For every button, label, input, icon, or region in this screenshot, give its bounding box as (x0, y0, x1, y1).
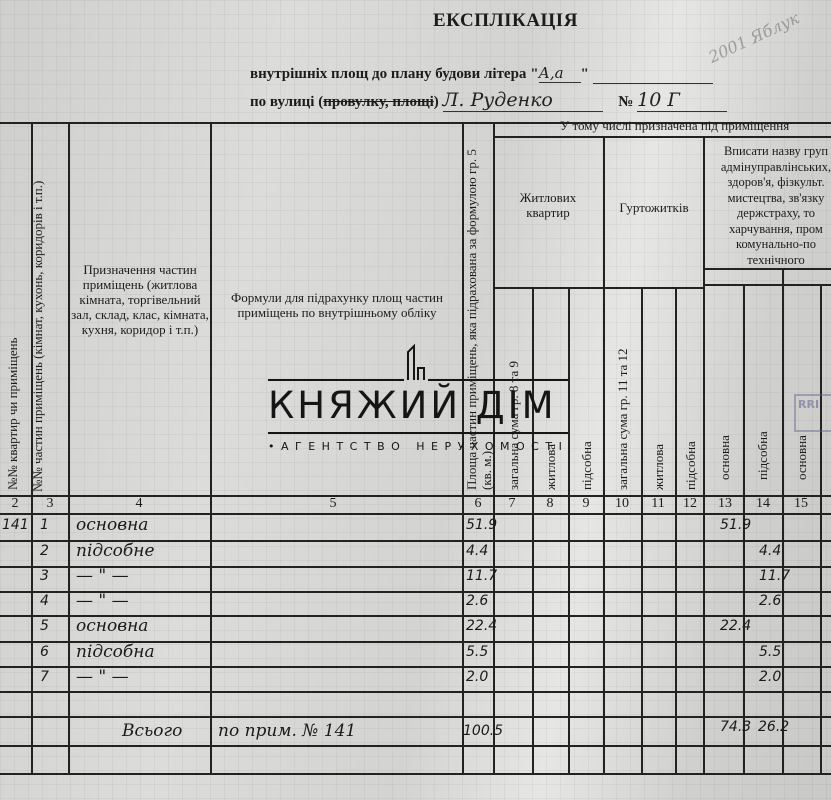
header-col11: житлова (652, 444, 666, 490)
building-icon (268, 340, 568, 384)
col14-value: 5.5 (759, 644, 781, 660)
colnum: 6 (463, 496, 493, 512)
building-number: 10 Г (637, 89, 727, 112)
part-number: 2 (40, 543, 49, 559)
colnum: 8 (535, 496, 565, 512)
part-number: 4 (40, 593, 49, 609)
document-title: ЕКСПЛІКАЦІЯ (433, 10, 578, 32)
col13-value: 22.4 (720, 618, 751, 634)
total-label-left: Всього (122, 721, 182, 741)
header-col2: №№ квартир чи приміщень (6, 130, 20, 490)
total-area: 100.5 (463, 723, 503, 739)
part-number: 3 (40, 568, 49, 584)
room-area: 5.5 (466, 644, 488, 660)
col14-value: 2.6 (759, 593, 781, 609)
room-purpose: основна (76, 515, 148, 535)
room-purpose: — " — (76, 591, 129, 611)
agency-watermark: КНЯЖИЙ ДІМ •АГЕНТСТВО НЕРУХОМОСТІ (268, 340, 568, 465)
header-group-other: Вписати назву груп адмінуправлінських, з… (706, 144, 831, 268)
colnum: 3 (35, 496, 65, 512)
room-area: 4.4 (466, 543, 488, 559)
colnum: 10 (607, 496, 637, 512)
header-group-in-total: У тому числі призначена під приміщення (560, 118, 831, 133)
header-col12: підсобна (684, 441, 698, 490)
room-area: 51.9 (466, 517, 497, 533)
room-area: 2.0 (466, 669, 488, 685)
col14-value: 11.7 (759, 568, 790, 584)
apartment-number: 141 (2, 517, 29, 533)
room-area: 2.6 (466, 593, 488, 609)
subtitle-line: внутрішніх площ до плану будови літера "… (250, 64, 713, 84)
subtitle-prefix: внутрішніх площ до плану будови літера (250, 66, 526, 82)
agency-name: КНЯЖИЙ ДІМ (268, 384, 557, 427)
header-col9: підсобна (580, 441, 594, 490)
ink-stamp: RRI (794, 394, 831, 432)
room-purpose: основна (76, 616, 148, 636)
street-struck: провулку, площі (323, 94, 434, 110)
colnum: 9 (571, 496, 601, 512)
building-letter: А,а (539, 64, 581, 83)
total-col14: 26.2 (758, 719, 789, 735)
part-number: 7 (40, 669, 49, 685)
header-col3: №№ частин приміщень (кімнат, кухонь, кор… (30, 162, 45, 492)
part-number: 1 (40, 517, 49, 533)
colnum: 2 (0, 496, 30, 512)
street-line: по вулиці (провулку, площі) Л. Руденко №… (250, 89, 727, 112)
street-name: Л. Руденко (443, 89, 603, 112)
header-col4: Призначення частин приміщень (житлова кі… (70, 262, 210, 337)
header-col5: Формули для підрахунку площ частин примі… (214, 290, 460, 320)
colnum: 15 (786, 496, 816, 512)
street-prefix-open: по вулиці ( (250, 94, 323, 110)
colnum: 12 (675, 496, 705, 512)
room-area: 22.4 (466, 618, 497, 634)
col14-value: 4.4 (759, 543, 781, 559)
header-col13: основна (718, 435, 732, 480)
room-purpose: — " — (76, 667, 129, 687)
number-label: № (618, 94, 633, 110)
street-prefix-close: ) (434, 94, 439, 110)
header-col10: загальна сума гр. 11 та 12 (616, 348, 630, 490)
room-purpose: підсобне (76, 541, 155, 561)
colnum: 13 (710, 496, 740, 512)
logo-divider (268, 432, 568, 434)
colnum: 11 (643, 496, 673, 512)
col13-value: 51.9 (720, 517, 751, 533)
colnum: 7 (497, 496, 527, 512)
header-col15: основна (795, 435, 809, 480)
part-number: 6 (40, 644, 49, 660)
underline (593, 66, 713, 84)
room-area: 11.7 (466, 568, 497, 584)
header-group-dormitories: Гуртожитків (606, 200, 702, 215)
room-purpose: підсобна (76, 642, 155, 662)
agency-tagline: •АГЕНТСТВО НЕРУХОМОСТІ (268, 440, 568, 453)
col14-value: 2.0 (759, 669, 781, 685)
colnum: 14 (748, 496, 778, 512)
total-col13: 74.3 (720, 719, 751, 735)
header-group-apartments: Житлових квартир (508, 190, 588, 220)
colnum: 4 (124, 496, 154, 512)
total-label-right: по прим. № 141 (218, 721, 356, 741)
header-col14: підсобна (756, 431, 770, 480)
part-number: 5 (40, 618, 49, 634)
colnum: 5 (318, 496, 348, 512)
room-purpose: — " — (76, 566, 129, 586)
